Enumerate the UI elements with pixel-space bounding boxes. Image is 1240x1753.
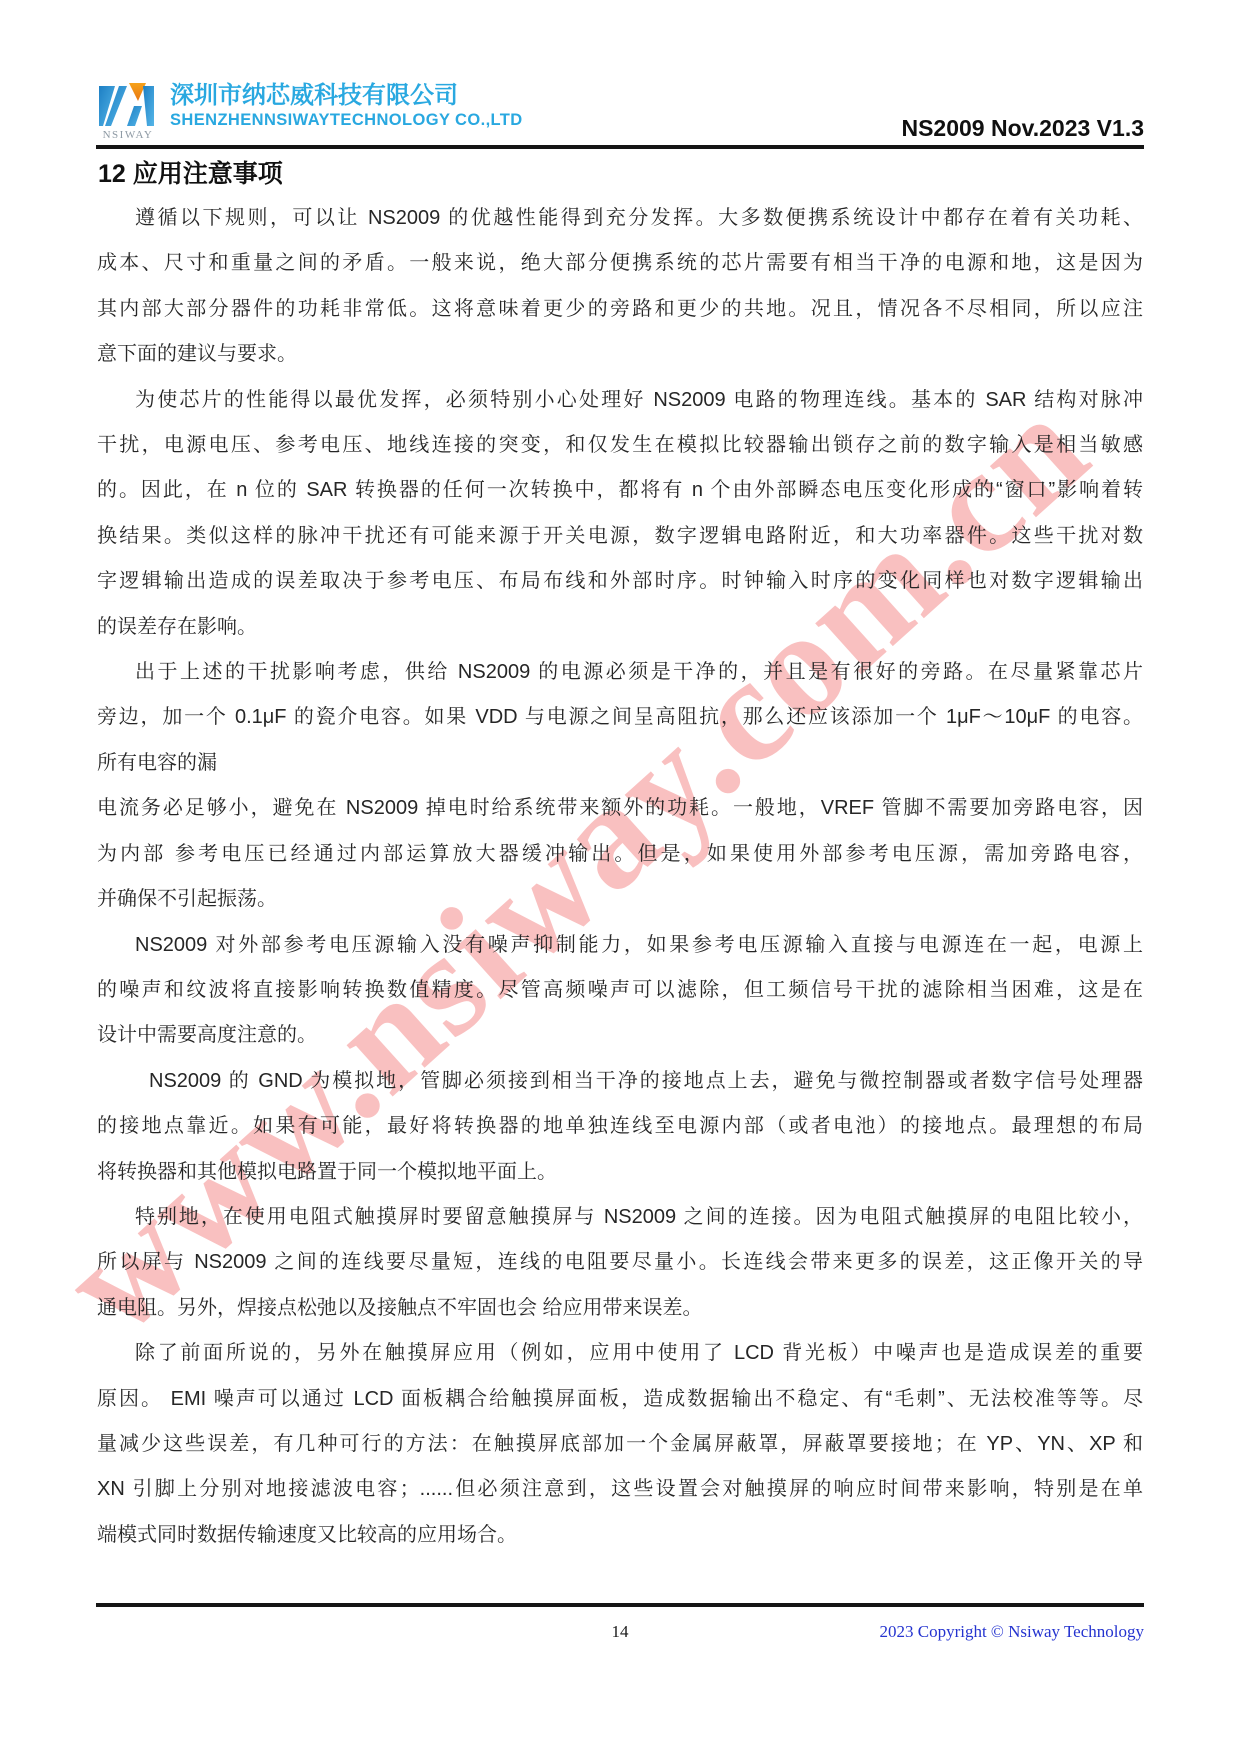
- datasheet-page: www.nsiway.com.cn: [0, 0, 1240, 1753]
- paragraph-line: 其内部大部分器件的功耗非常低。这将意味着更少的旁路和更少的共地。况且，情况各不尽…: [97, 287, 1143, 332]
- paragraph-line: 为使芯片的性能得以最优发挥，必须特别小心处理好 NS2009 电路的物理连线。基…: [97, 378, 1143, 423]
- paragraph-line: 量减少这些误差，有几种可行的方法：在触摸屏底部加一个金属屏蔽罩，屏蔽罩要接地；在…: [97, 1422, 1143, 1467]
- paragraph-line: 换结果。类似这样的脉冲干扰还有可能来源于开关电源，数字逻辑电路附近，和大功率器件…: [97, 514, 1143, 559]
- paragraph-line: 字逻辑输出造成的误差取决于参考电压、布局布线和外部时序。时钟输入时序的变化同样也…: [97, 559, 1143, 604]
- paragraph-line: 的噪声和纹波将直接影响转换数值精度。尽管高频噪声可以滤除，但工频信号干扰的滤除相…: [97, 968, 1143, 1013]
- paragraph-line: 特别地，在使用电阻式触摸屏时要留意触摸屏与 NS2009 之间的连接。因为电阻式…: [97, 1195, 1143, 1240]
- paragraph-line: 将转换器和其他模拟电路置于同一个模拟地平面上。: [97, 1150, 1143, 1195]
- brand-block: NSIWAY 深圳市纳芯威科技有限公司 SHENZHENNSIWAYTECHNO…: [96, 78, 523, 144]
- paragraph-line: NS2009 对外部参考电压源输入没有噪声抑制能力，如果参考电压源输入直接与电源…: [97, 923, 1143, 968]
- document-body: 遵循以下规则，可以让 NS2009 的优越性能得到充分发挥。大多数便携系统设计中…: [97, 196, 1143, 1558]
- footer-divider: [96, 1603, 1144, 1607]
- paragraph-line: 原因。 EMI 噪声可以通过 LCD 面板耦合给触摸屏面板，造成数据输出不稳定、…: [97, 1377, 1143, 1422]
- paragraph-line: XN 引脚上分别对地接滤波电容；......但必须注意到，这些设置会对触摸屏的响…: [97, 1467, 1143, 1512]
- section-title: 12 应用注意事项: [98, 154, 283, 190]
- nsiway-logo-icon: NSIWAY: [96, 78, 160, 144]
- company-name-en: SHENZHENNSIWAYTECHNOLOGY CO.,LTD: [170, 110, 523, 131]
- paragraph-line: NS2009 的 GND 为模拟地，管脚必须接到相当干净的接地点上去，避免与微控…: [97, 1059, 1143, 1104]
- paragraph-line: 的接地点靠近。如果有可能，最好将转换器的地单独连线至电源内部（或者电池）的接地点…: [97, 1104, 1143, 1149]
- paragraph-line: 通电阻。另外，焊接点松弛以及接触点不牢固也会 给应用带来误差。: [97, 1286, 1143, 1331]
- paragraph-line: 为内部 参考电压已经通过内部运算放大器缓冲输出。但是，如果使用外部参考电压源，需…: [97, 832, 1143, 877]
- paragraph-line: 意下面的建议与要求。: [97, 332, 1143, 377]
- paragraph-line: 旁边，加一个 0.1μF 的瓷介电容。如果 VDD 与电源之间呈高阻抗，那么还应…: [97, 695, 1143, 740]
- company-name-cn: 深圳市纳芯威科技有限公司: [170, 82, 523, 110]
- paragraph-line: 遵循以下规则，可以让 NS2009 的优越性能得到充分发挥。大多数便携系统设计中…: [97, 196, 1143, 241]
- page-header: NSIWAY 深圳市纳芯威科技有限公司 SHENZHENNSIWAYTECHNO…: [96, 76, 1144, 144]
- paragraph-line: 的。因此，在 n 位的 SAR 转换器的任何一次转换中，都将有 n 个由外部瞬态…: [97, 468, 1143, 513]
- paragraph-line: 所以屏与 NS2009 之间的连线要尽量短，连线的电阻要尽量小。长连线会带来更多…: [97, 1240, 1143, 1285]
- paragraph-line: 除了前面所说的，另外在触摸屏应用（例如，应用中使用了 LCD 背光板）中噪声也是…: [97, 1331, 1143, 1376]
- company-name-block: 深圳市纳芯威科技有限公司 SHENZHENNSIWAYTECHNOLOGY CO…: [170, 78, 523, 131]
- paragraph-line: 设计中需要高度注意的。: [97, 1013, 1143, 1058]
- paragraph-line: 出于上述的干扰影响考虑，供给 NS2009 的电源必须是干净的，并且是有很好的旁…: [97, 650, 1143, 695]
- paragraph-line: 成本、尺寸和重量之间的矛盾。一般来说，绝大部分便携系统的芯片需要有相当干净的电源…: [97, 241, 1143, 286]
- doc-version-label: NS2009 Nov.2023 V1.3: [901, 115, 1144, 144]
- header-divider: [96, 145, 1144, 149]
- paragraph-line: 所有电容的漏: [97, 741, 1143, 786]
- logo-word: NSIWAY: [103, 129, 154, 141]
- paragraph-line: 并确保不引起振荡。: [97, 877, 1143, 922]
- paragraph-line: 干扰，电源电压、参考电压、地线连接的突变，和仅发生在模拟比较器输出锁存之前的数字…: [97, 423, 1143, 468]
- paragraph-line: 电流务必足够小，避免在 NS2009 掉电时给系统带来额外的功耗。一般地，VRE…: [97, 786, 1143, 831]
- paragraph-line: 端模式同时数据传输速度又比较高的应用场合。: [97, 1513, 1143, 1558]
- paragraph-line: 的误差存在影响。: [97, 605, 1143, 650]
- copyright-text: 2023 Copyright © Nsiway Technology: [879, 1622, 1144, 1642]
